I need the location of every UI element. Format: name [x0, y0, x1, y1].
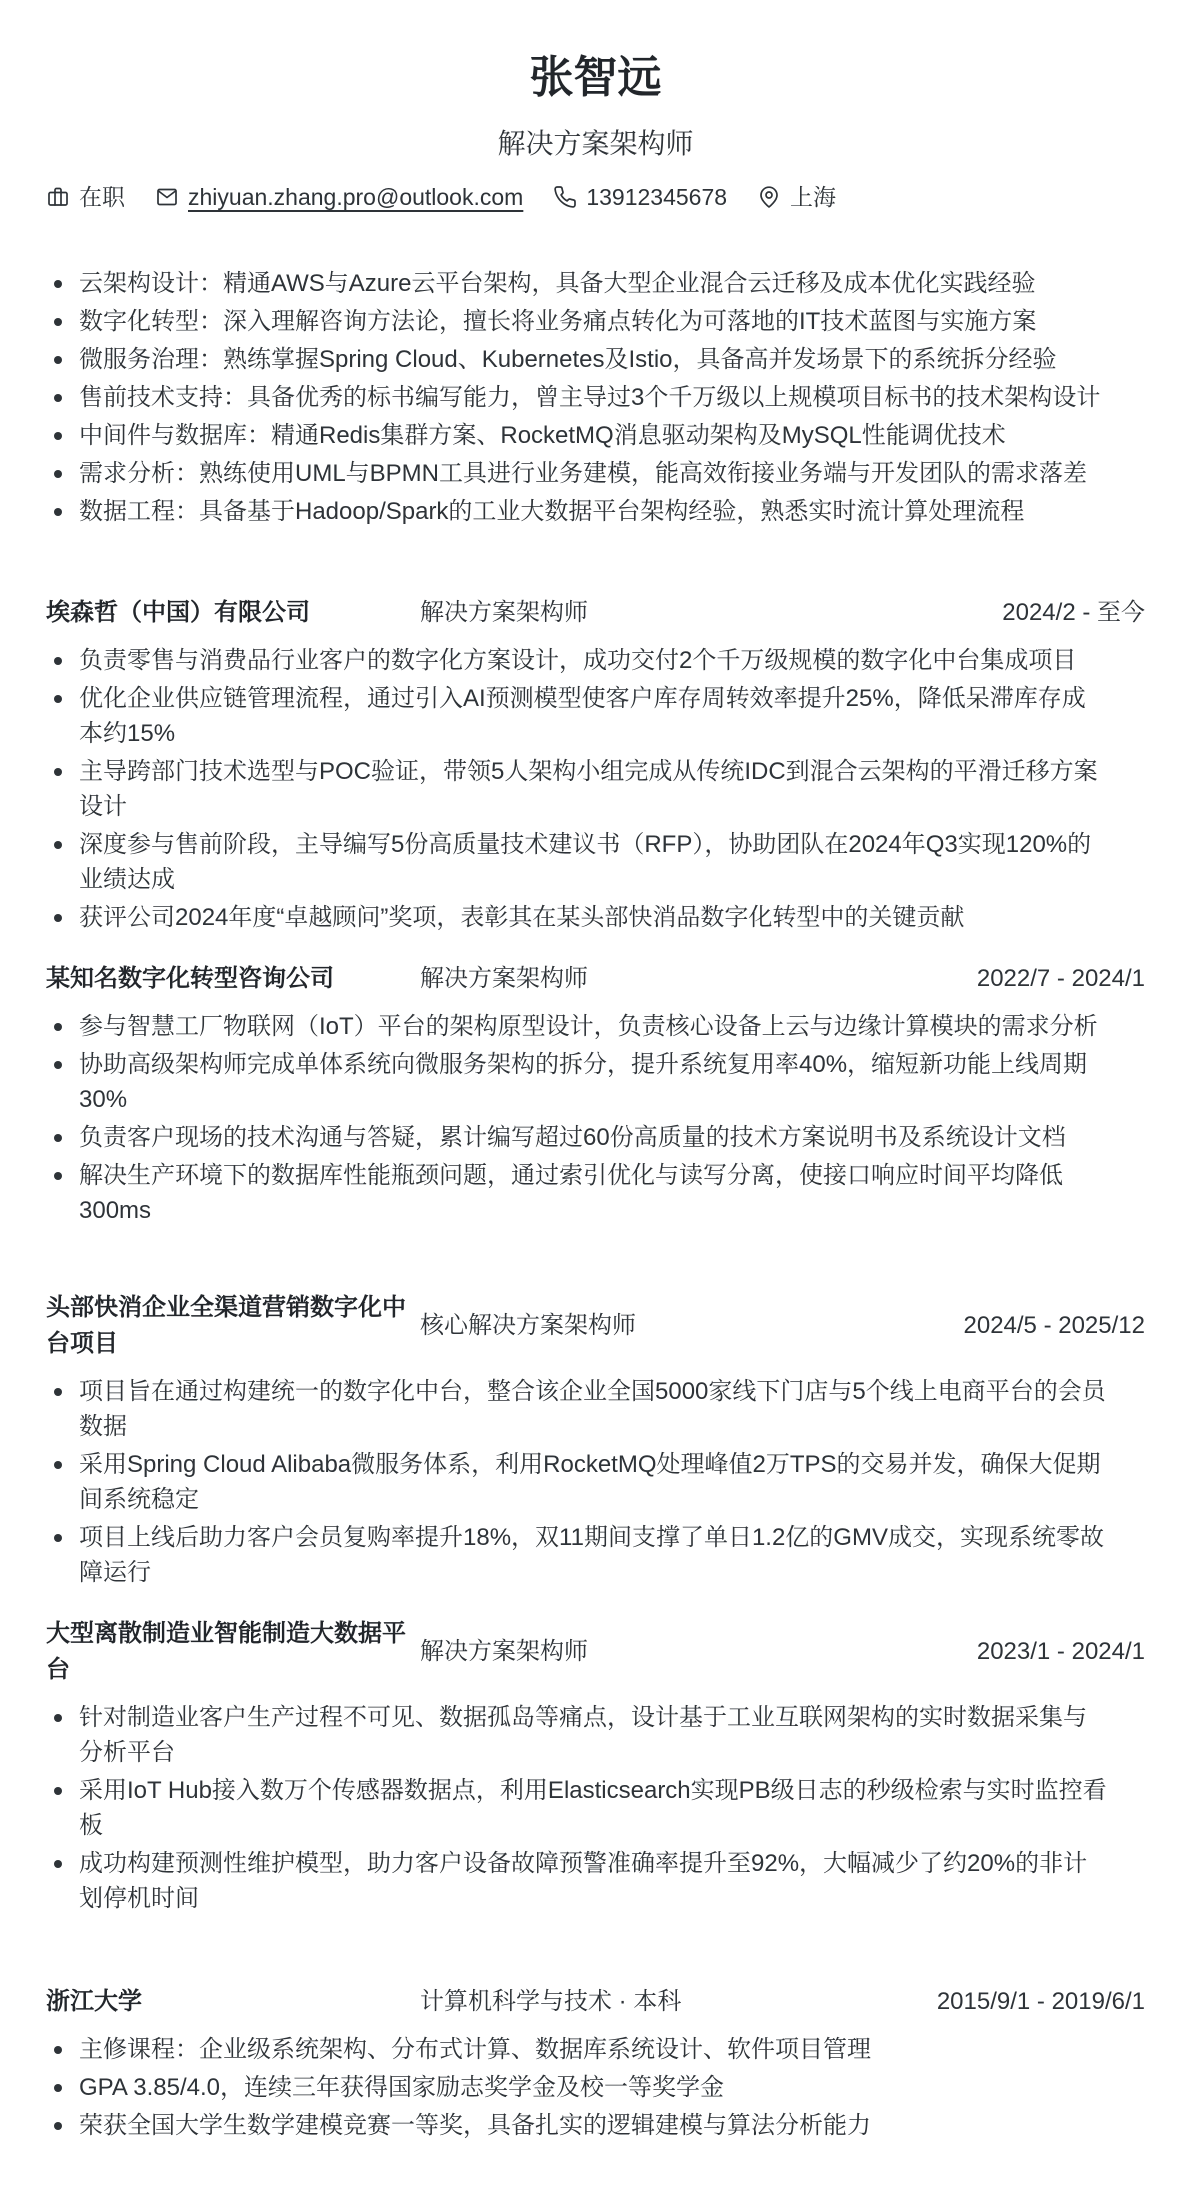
experience-bullets: 负责零售与消费品行业客户的数字化方案设计，成功交付2个千万级规模的数字化中台集成… [46, 643, 1145, 935]
education-entry-header: 浙江大学 计算机科学与技术 · 本科 2015/9/1 - 2019/6/1 [46, 1984, 1145, 2020]
experience-entry-header: 某知名数字化转型咨询公司 解决方案架构师 2022/7 - 2024/1 [46, 961, 1145, 997]
job-title: 解决方案架构师 [46, 126, 1145, 162]
role-title: 解决方案架构师 [420, 595, 1002, 631]
experience-entry: 某知名数字化转型咨询公司 解决方案架构师 2022/7 - 2024/1 参与智… [46, 961, 1145, 1228]
summary-item: 需求分析：熟练使用UML与BPMN工具进行业务建模，能高效衔接业务端与开发团队的… [52, 456, 1109, 491]
experience-entry-header: 埃森哲（中国）有限公司 解决方案架构师 2024/2 - 至今 [46, 595, 1145, 631]
projects-section: 头部快消企业全渠道营销数字化中台项目 核心解决方案架构师 2024/5 - 20… [46, 1290, 1145, 1916]
phone-number: 13912345678 [586, 182, 727, 212]
project-entry: 头部快消企业全渠道营销数字化中台项目 核心解决方案架构师 2024/5 - 20… [46, 1290, 1145, 1590]
bullet-item: GPA 3.85/4.0，连续三年获得国家励志奖学金及校一等奖学金 [52, 2070, 1109, 2105]
bullet-item: 针对制造业客户生产过程不可见、数据孤岛等痛点，设计基于工业互联网架构的实时数据采… [52, 1700, 1109, 1770]
bullet-item: 优化企业供应链管理流程，通过引入AI预测模型使客户库存周转效率提升25%，降低呆… [52, 681, 1109, 751]
date-range: 2022/7 - 2024/1 [977, 961, 1145, 997]
bullet-item: 采用Spring Cloud Alibaba微服务体系，利用RocketMQ处理… [52, 1447, 1109, 1517]
date-range: 2023/1 - 2024/1 [977, 1634, 1145, 1670]
role-title: 核心解决方案架构师 [420, 1308, 964, 1344]
bullet-item: 负责客户现场的技术沟通与答疑，累计编写超过60份高质量的技术方案说明书及系统设计… [52, 1120, 1109, 1155]
bullet-item: 项目旨在通过构建统一的数字化中台，整合该企业全国5000家线下门店与5个线上电商… [52, 1374, 1109, 1444]
project-entry: 大型离散制造业智能制造大数据平台 解决方案架构师 2023/1 - 2024/1… [46, 1616, 1145, 1916]
education-section: 浙江大学 计算机科学与技术 · 本科 2015/9/1 - 2019/6/1 主… [46, 1984, 1145, 2143]
bullet-item: 主修课程：企业级系统架构、分布式计算、数据库系统设计、软件项目管理 [52, 2032, 1109, 2067]
briefcase-icon [46, 185, 70, 209]
bullet-item: 采用IoT Hub接入数万个传感器数据点，利用Elasticsearch实现PB… [52, 1773, 1109, 1843]
candidate-name: 张智远 [46, 52, 1145, 104]
contact-item-phone: 13912345678 [553, 182, 727, 212]
bullet-item: 主导跨部门技术选型与POC验证，带领5人架构小组完成从传统IDC到混合云架构的平… [52, 754, 1109, 824]
education-entry: 浙江大学 计算机科学与技术 · 本科 2015/9/1 - 2019/6/1 主… [46, 1984, 1145, 2143]
bullet-item: 参与智慧工厂物联网（IoT）平台的架构原型设计，负责核心设备上云与边缘计算模块的… [52, 1009, 1109, 1044]
role-title: 解决方案架构师 [420, 1634, 977, 1670]
summary-item: 云架构设计：精通AWS与Azure云平台架构，具备大型企业混合云迁移及成本优化实… [52, 266, 1109, 301]
project-name: 大型离散制造业智能制造大数据平台 [46, 1616, 420, 1688]
summary-item: 数字化转型：深入理解咨询方法论，擅长将业务痛点转化为可落地的IT技术蓝图与实施方… [52, 304, 1109, 339]
phone-icon [553, 185, 577, 209]
company-name: 埃森哲（中国）有限公司 [46, 595, 420, 631]
employment-status: 在职 [79, 182, 125, 212]
bullet-item: 获评公司2024年度“卓越顾问”奖项，表彰其在某头部快消品数字化转型中的关键贡献 [52, 900, 1109, 935]
bullet-item: 协助高级架构师完成单体系统向微服务架构的拆分，提升系统复用率40%，缩短新功能上… [52, 1047, 1109, 1117]
contact-item-email[interactable]: zhiyuan.zhang.pro@outlook.com [155, 182, 523, 212]
bullet-item: 解决生产环境下的数据库性能瓶颈问题，通过索引优化与读写分离，使接口响应时间平均降… [52, 1158, 1109, 1228]
contact-item-status: 在职 [46, 182, 125, 212]
experience-bullets: 参与智慧工厂物联网（IoT）平台的架构原型设计，负责核心设备上云与边缘计算模块的… [46, 1009, 1145, 1228]
summary-item: 中间件与数据库：精通Redis集群方案、RocketMQ消息驱动架构及MySQL… [52, 418, 1109, 453]
location-text: 上海 [790, 182, 836, 212]
contact-item-location: 上海 [757, 182, 836, 212]
role-title: 解决方案架构师 [420, 961, 977, 997]
bullet-item: 负责零售与消费品行业客户的数字化方案设计，成功交付2个千万级规模的数字化中台集成… [52, 643, 1109, 678]
date-range: 2024/2 - 至今 [1002, 595, 1145, 631]
project-name: 头部快消企业全渠道营销数字化中台项目 [46, 1290, 420, 1362]
degree-title: 计算机科学与技术 · 本科 [420, 1984, 937, 2020]
date-range: 2015/9/1 - 2019/6/1 [937, 1984, 1145, 2020]
education-bullets: 主修课程：企业级系统架构、分布式计算、数据库系统设计、软件项目管理 GPA 3.… [46, 2032, 1145, 2143]
summary-list: 云架构设计：精通AWS与Azure云平台架构，具备大型企业混合云迁移及成本优化实… [46, 266, 1145, 529]
school-name: 浙江大学 [46, 1984, 420, 2020]
project-bullets: 项目旨在通过构建统一的数字化中台，整合该企业全国5000家线下门店与5个线上电商… [46, 1374, 1145, 1590]
bullet-item: 项目上线后助力客户会员复购率提升18%，双11期间支撑了单日1.2亿的GMV成交… [52, 1520, 1109, 1590]
experience-section: 埃森哲（中国）有限公司 解决方案架构师 2024/2 - 至今 负责零售与消费品… [46, 595, 1145, 1228]
location-pin-icon [757, 185, 781, 209]
project-entry-header: 大型离散制造业智能制造大数据平台 解决方案架构师 2023/1 - 2024/1 [46, 1616, 1145, 1688]
summary-section: 云架构设计：精通AWS与Azure云平台架构，具备大型企业混合云迁移及成本优化实… [46, 266, 1145, 529]
mail-icon [155, 185, 179, 209]
project-entry-header: 头部快消企业全渠道营销数字化中台项目 核心解决方案架构师 2024/5 - 20… [46, 1290, 1145, 1362]
email-link[interactable]: zhiyuan.zhang.pro@outlook.com [188, 182, 523, 212]
project-bullets: 针对制造业客户生产过程不可见、数据孤岛等痛点，设计基于工业互联网架构的实时数据采… [46, 1700, 1145, 1916]
summary-item: 数据工程：具备基于Hadoop/Spark的工业大数据平台架构经验，熟悉实时流计… [52, 494, 1109, 529]
contact-row: 在职 zhiyuan.zhang.pro@outlook.com 1391234… [46, 182, 1145, 212]
bullet-item: 深度参与售前阶段，主导编写5份高质量技术建议书（RFP），协助团队在2024年Q… [52, 827, 1109, 897]
resume-page: 张智远 解决方案架构师 在职 zhiyuan.zhang.pro@outlook… [0, 0, 1191, 2202]
summary-item: 微服务治理：熟练掌握Spring Cloud、Kubernetes及Istio，… [52, 342, 1109, 377]
date-range: 2024/5 - 2025/12 [964, 1308, 1146, 1344]
bullet-item: 成功构建预测性维护模型，助力客户设备故障预警准确率提升至92%，大幅减少了约20… [52, 1846, 1109, 1916]
company-name: 某知名数字化转型咨询公司 [46, 961, 420, 997]
bullet-item: 荣获全国大学生数学建模竞赛一等奖，具备扎实的逻辑建模与算法分析能力 [52, 2108, 1109, 2143]
experience-entry: 埃森哲（中国）有限公司 解决方案架构师 2024/2 - 至今 负责零售与消费品… [46, 595, 1145, 935]
summary-item: 售前技术支持：具备优秀的标书编写能力，曾主导过3个千万级以上规模项目标书的技术架… [52, 380, 1109, 415]
